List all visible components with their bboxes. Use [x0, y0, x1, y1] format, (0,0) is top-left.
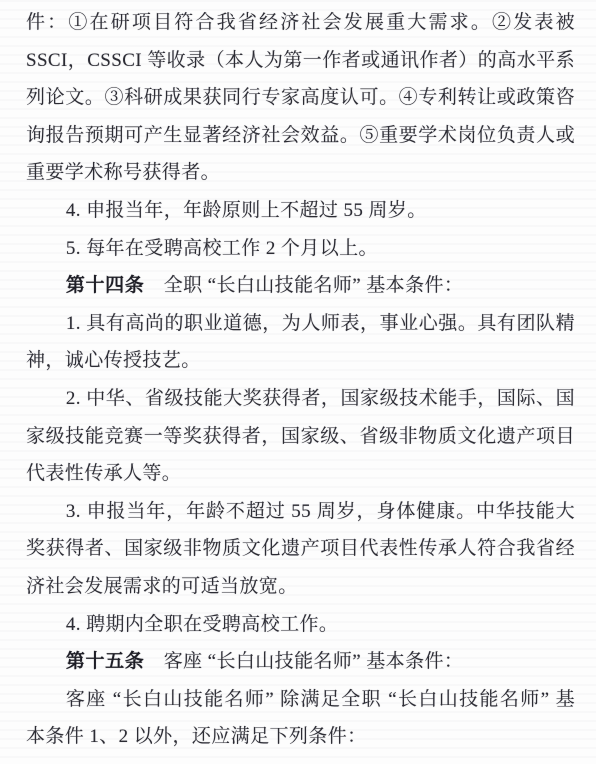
text-line: 神，诚心传授技艺。	[26, 342, 575, 380]
text-line: 济社会发展需求的可适当放宽。	[26, 568, 575, 606]
text-line: 询报告预期可产生显著经济社会效益。⑤重要学术岗位负责人或	[26, 117, 575, 155]
document-page: 件：①在研项目符合我省经济社会发展重大需求。②发表被 SCI、SSCI，CSSC…	[0, 0, 596, 764]
text-line: 列论文。③科研成果获同行专家高度认可。④专利转让或政策咨	[26, 79, 575, 117]
text-line: 2. 中华、省级技能大奖获得者，国家级技术能手，国际、国	[26, 380, 575, 418]
text-line: 件：①在研项目符合我省经济社会发展重大需求。②发表被 SCI、	[26, 4, 575, 42]
text-line: 5. 每年在受聘高校工作 2 个月以上。	[26, 230, 575, 268]
text-line: 奖获得者、国家级非物质文化遗产项目代表性传承人符合我省经	[26, 530, 575, 568]
text-line: 重要学术称号获得者。	[26, 154, 575, 192]
article-heading: 第十五条	[66, 651, 144, 672]
article-heading: 第十四条	[66, 275, 144, 296]
text-line: 家级技能竞赛一等奖获得者，国家级、省级非物质文化遗产项目	[26, 418, 575, 456]
text-line: SSCI，CSSCI 等收录（本人为第一作者或通讯作者）的高水平系	[26, 42, 575, 80]
text-line: 第十四条 全职 “长白山技能名师” 基本条件：	[26, 267, 575, 305]
text-line: 4. 聘期内全职在受聘高校工作。	[26, 606, 575, 644]
text-line: 本条件 1、2 以外，还应满足下列条件：	[26, 718, 575, 756]
text-line: 4. 申报当年，年龄原则上不超过 55 周岁。	[26, 192, 575, 230]
text-line: 3. 申报当年，年龄不超过 55 周岁，身体健康。中华技能大	[26, 493, 575, 531]
text-line: 代表性传承人等。	[26, 455, 575, 493]
text-line: 客座 “长白山技能名师” 除满足全职 “长白山技能名师” 基	[26, 681, 575, 719]
text-line: 1. 具有高尚的职业道德，为人师表，事业心强。具有团队精	[26, 305, 575, 343]
document-body: 件：①在研项目符合我省经济社会发展重大需求。②发表被 SCI、SSCI，CSSC…	[26, 4, 575, 756]
text-line: 第十五条 客座 “长白山技能名师” 基本条件：	[26, 643, 575, 681]
